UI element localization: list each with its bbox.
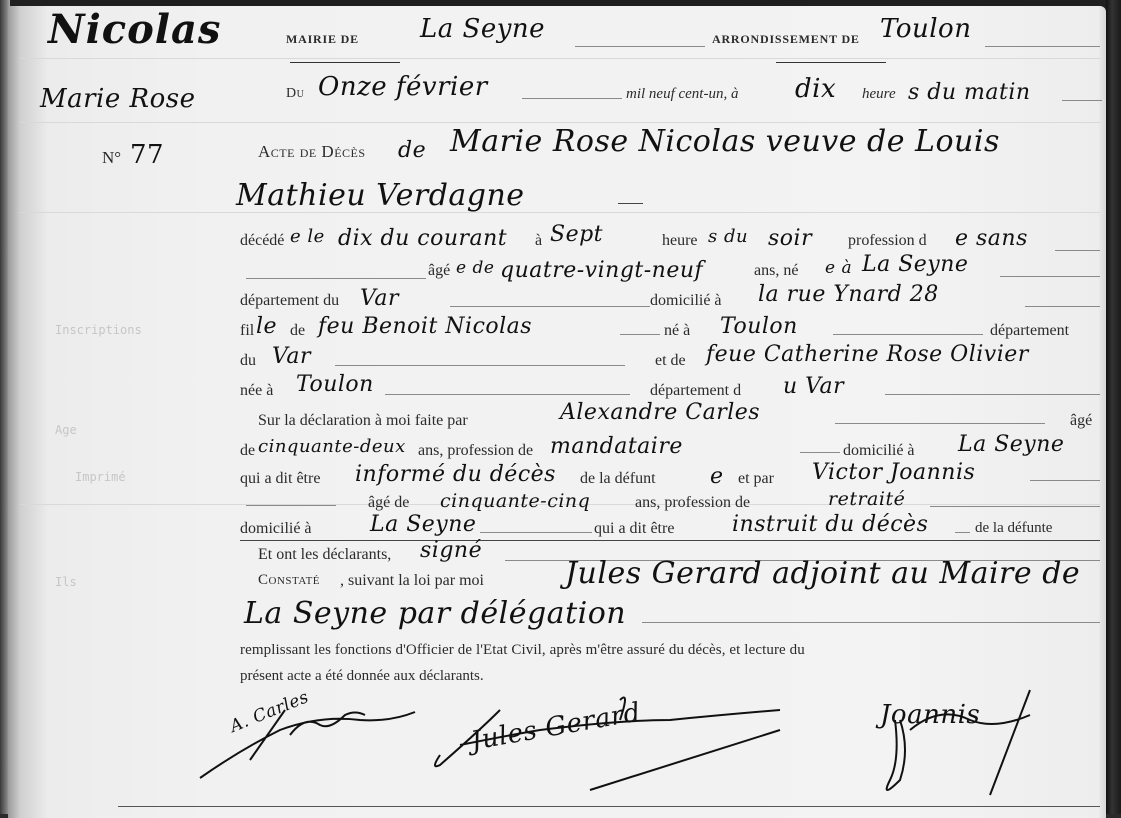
decede-label: décédé: [240, 232, 284, 250]
margin-given-names: Marie Rose: [40, 84, 195, 114]
fill-line: [618, 203, 643, 204]
ruled-line: [20, 58, 1100, 59]
closing-line-2: présent acte a été donnée aux déclarants…: [240, 668, 484, 685]
ne-label: né à: [664, 322, 690, 340]
ans-profession-label: ans, profession de: [418, 442, 533, 460]
dept-label-3: département d: [650, 382, 741, 400]
date-period: s du matin: [908, 80, 1031, 105]
declarant2-relation: instruit du décès: [732, 512, 928, 537]
fill-line: [800, 452, 840, 453]
act-label: Acte de Décès: [258, 142, 366, 162]
date-hour: dix: [795, 74, 836, 104]
fill-line: [335, 365, 625, 366]
fill-line: [885, 394, 1100, 395]
declarant2-name: Victor Joannis: [812, 460, 975, 485]
age-label: âgé: [428, 262, 450, 280]
margin-surname: Nicolas: [48, 6, 221, 53]
bleed-through-text: Inscriptions: [55, 323, 142, 337]
fill-line: [522, 98, 622, 99]
fil-suffix: le: [256, 314, 277, 339]
du-label: Du: [286, 86, 304, 102]
year-text: mil neuf cent-un, à: [626, 86, 738, 103]
death-hour: Sept: [550, 222, 603, 247]
declarant1-domicile: La Seyne: [958, 432, 1064, 457]
father-name: feu Benoit Nicolas: [318, 314, 532, 339]
fill-line: [955, 532, 970, 533]
fill-line: [930, 506, 1100, 507]
et-de-label: et de: [655, 352, 686, 370]
de-la-defunt-label: de la défunt: [580, 470, 656, 488]
death-period: soir: [768, 226, 812, 251]
fill-line: [480, 532, 592, 533]
heure-label-2: heure: [662, 232, 698, 250]
deceased-profession: e sans: [955, 226, 1028, 251]
act-de: de: [398, 138, 426, 163]
qui-a-dit-label: qui a dit être: [240, 470, 320, 488]
fill-line: [450, 306, 650, 307]
section-divider: [240, 540, 1100, 541]
death-date: dix du courant: [338, 226, 507, 251]
signature-text: Et ont les déclarants,: [258, 546, 391, 564]
age2-label: âgé de: [368, 494, 409, 512]
fill-line: [1062, 100, 1102, 101]
dept-label-2: département: [990, 322, 1069, 340]
mother-dept: u Var: [783, 374, 844, 399]
deceased-name: Marie Rose Nicolas veuve de Louis: [450, 124, 1000, 159]
officer-name-cont: La Seyne par délégation: [244, 596, 626, 631]
declarant1-age: cinquante-deux: [258, 436, 406, 457]
declarant1-name: Alexandre Carles: [560, 400, 760, 425]
domicile-label: domicilié à: [650, 292, 722, 310]
father-birthplace: Toulon: [720, 314, 798, 339]
mother-birthplace: Toulon: [296, 372, 374, 397]
profession-label: profession d: [848, 232, 927, 250]
fill-line: [1055, 250, 1100, 251]
fill-line: [246, 278, 426, 279]
fil-label: fil: [240, 322, 254, 340]
ruled-line: [20, 212, 1100, 213]
deceased-age: quatre-vingt-neuf: [500, 258, 703, 283]
dept-value: Var: [360, 286, 399, 311]
mother-name: feue Catherine Rose Olivier: [706, 342, 1029, 367]
de-label: de: [290, 322, 305, 340]
bleed-through-text: Imprimé: [75, 470, 126, 484]
constate-label: Constaté: [258, 572, 320, 589]
closing-line-1: remplissant les fonctions d'Officier de …: [240, 642, 805, 659]
signature-carles: [190, 690, 440, 790]
mairie-label: MAIRIE DE: [286, 32, 359, 47]
mairie-value: La Seyne: [420, 14, 545, 44]
declarant1-relation: informé du décès: [355, 462, 556, 487]
bleed-through-text: Age: [55, 423, 77, 437]
declarant2-profession: retraité: [828, 488, 905, 510]
et-par-label: et par: [738, 470, 774, 488]
fill-line: [620, 334, 660, 335]
bleed-through-text: Ils: [55, 575, 77, 589]
deceased-birthplace: La Seyne: [862, 252, 968, 277]
constate-text: , suivant la loi par moi: [340, 572, 484, 590]
defunt-suffix: e: [710, 464, 724, 489]
page-edge: [1106, 0, 1121, 814]
domicilie2-label: domicilié à: [240, 520, 312, 538]
record-number-label: N°: [102, 148, 121, 168]
age-label-2: âgé: [1070, 412, 1092, 430]
declaration-intro: Sur la déclaration à moi faite par: [258, 412, 468, 430]
fill-line: [833, 334, 983, 335]
header-underline: [776, 62, 886, 63]
arrondissement-label: ARRONDISSEMENT DE: [712, 32, 860, 47]
declarant2-age: cinquante-cinq: [440, 490, 590, 512]
age-suffix: e de: [456, 258, 494, 278]
document-page: Inscriptions Age Imprimé Ils Nicolas Mar…: [0, 0, 1121, 814]
bottom-rule: [118, 806, 1100, 807]
father-dept: Var: [272, 344, 311, 369]
fill-line: [1030, 480, 1100, 481]
a-label: à: [535, 232, 542, 250]
ans-profession2-label: ans, profession de: [635, 494, 750, 512]
fill-line: [835, 423, 1045, 424]
record-number: 77: [130, 140, 164, 170]
de-label-2: de: [240, 442, 255, 460]
ans-label: ans, né: [754, 262, 798, 280]
decede-suffix: e le: [290, 226, 325, 247]
officer-name: Jules Gerard adjoint au Maire de: [565, 556, 1080, 591]
deceased-name-cont: Mathieu Verdagne: [236, 178, 525, 213]
ruled-line: [20, 122, 1100, 123]
date-day-month: Onze février: [318, 72, 488, 102]
qui-a-dit2-label: qui a dit être: [594, 520, 674, 538]
fill-line: [1000, 276, 1100, 277]
fill-line: [385, 394, 630, 395]
ne-suffix: e à: [825, 258, 852, 278]
period-prefix: s du: [708, 226, 748, 247]
de-la-defunte-label: de la défunte: [975, 520, 1052, 537]
fill-line: [246, 505, 336, 506]
header-underline: [290, 62, 400, 63]
deceased-domicile: la rue Ynard 28: [758, 282, 939, 307]
fill-line: [985, 46, 1100, 47]
fill-line: [642, 622, 1100, 623]
du-label-2: du: [240, 352, 256, 370]
nee-label: née à: [240, 382, 273, 400]
signature-value: signé: [420, 538, 482, 563]
arrondissement-value: Toulon: [880, 14, 971, 44]
signature-joannis-text: Joannis: [880, 700, 980, 730]
fill-line: [575, 46, 705, 47]
declarant2-domicile: La Seyne: [370, 512, 476, 537]
fill-line: [1025, 306, 1100, 307]
dept-label: département du: [240, 292, 339, 310]
domicilie-label: domicilié à: [843, 442, 915, 460]
declarant1-profession: mandataire: [550, 434, 683, 459]
heure-label: heure: [862, 86, 896, 103]
